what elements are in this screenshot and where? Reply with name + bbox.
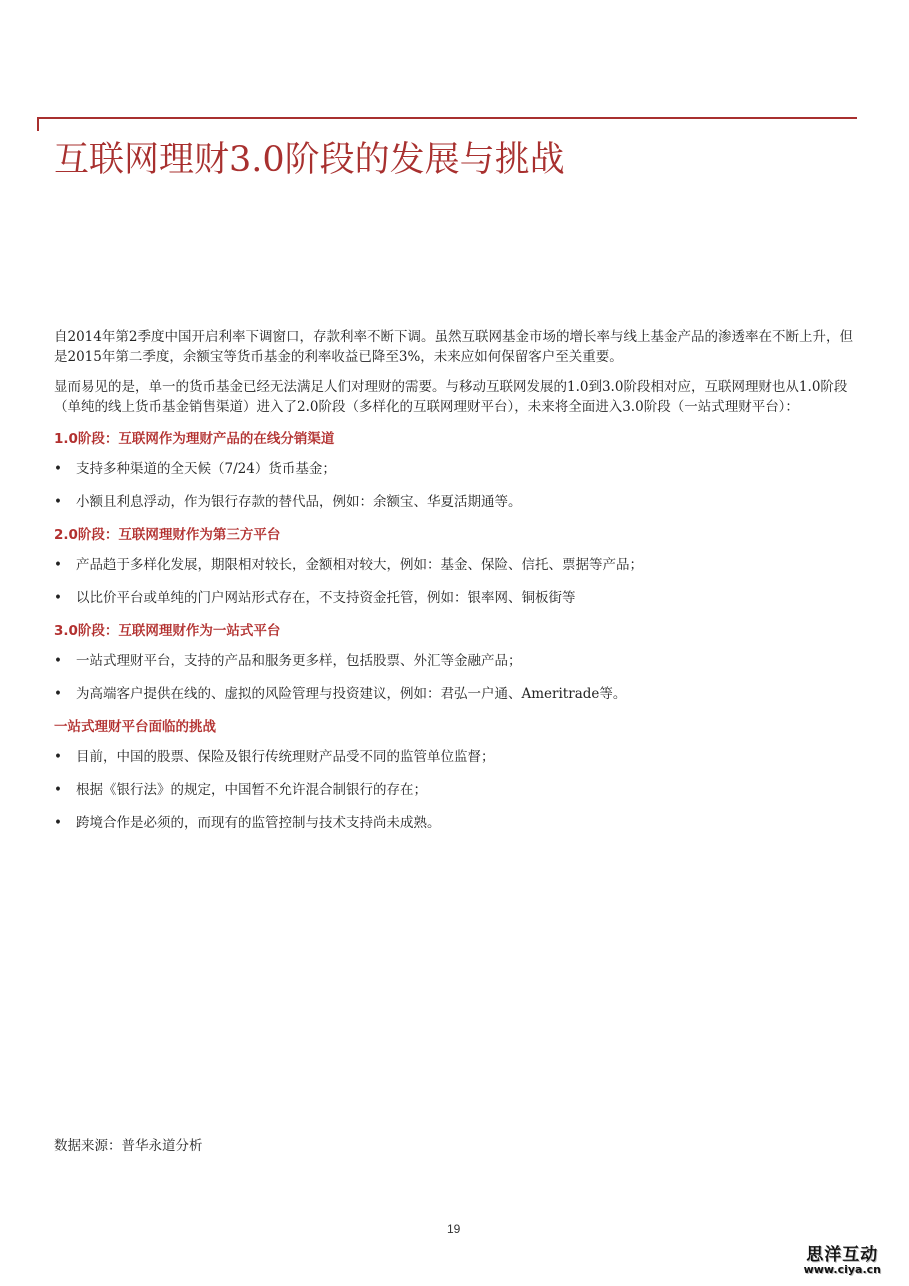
- list-item: •一站式理财平台，支持的产品和服务更多样，包括股票、外汇等金融产品；: [54, 651, 864, 671]
- section-heading: 一站式理财平台面临的挑战: [54, 717, 864, 737]
- document-body: 自2014年第2季度中国开启利率下调窗口，存款利率不断下调。虽然互联网基金市场的…: [54, 327, 864, 846]
- bullet-icon: •: [54, 813, 76, 833]
- watermark-logo: 思洋互动 www.ciya.cn: [804, 1246, 881, 1276]
- page-number: 19: [447, 1222, 460, 1236]
- header-rule-corner: [37, 117, 39, 131]
- data-source-note: 数据来源：普华永道分析: [54, 1134, 203, 1154]
- list-item: •以比价平台或单纯的门户网站形式存在，不支持资金托管，例如：银率网、铜板街等: [54, 588, 864, 608]
- bullet-icon: •: [54, 588, 76, 608]
- list-item: •小额且利息浮动，作为银行存款的替代品，例如：余额宝、华夏活期通等。: [54, 492, 864, 512]
- bullet-icon: •: [54, 492, 76, 512]
- bullet-icon: •: [54, 684, 76, 704]
- section-stage-3: 3.0阶段：互联网理财作为一站式平台 •一站式理财平台，支持的产品和服务更多样，…: [54, 621, 864, 704]
- section-heading: 3.0阶段：互联网理财作为一站式平台: [54, 621, 864, 641]
- section-stage-2: 2.0阶段：互联网理财作为第三方平台 •产品趋于多样化发展，期限相对较长，金额相…: [54, 525, 864, 608]
- intro-paragraph: 自2014年第2季度中国开启利率下调窗口，存款利率不断下调。虽然互联网基金市场的…: [54, 327, 864, 367]
- section-challenges: 一站式理财平台面临的挑战 •目前，中国的股票、保险及银行传统理财产品受不同的监管…: [54, 717, 864, 833]
- list-item: •跨境合作是必须的，而现有的监管控制与技术支持尚未成熟。: [54, 813, 864, 833]
- list-item: •产品趋于多样化发展，期限相对较长，金额相对较大，例如：基金、保险、信托、票据等…: [54, 555, 864, 575]
- bullet-icon: •: [54, 651, 76, 671]
- section-stage-1: 1.0阶段：互联网作为理财产品的在线分销渠道 •支持多种渠道的全天候（7/24）…: [54, 429, 864, 512]
- bullet-icon: •: [54, 555, 76, 575]
- list-item: •目前，中国的股票、保险及银行传统理财产品受不同的监管单位监督；: [54, 747, 864, 767]
- intro-paragraph: 显而易见的是，单一的货币基金已经无法满足人们对理财的需要。与移动互联网发展的1.…: [54, 377, 864, 417]
- section-heading: 2.0阶段：互联网理财作为第三方平台: [54, 525, 864, 545]
- header-rule: [37, 117, 857, 119]
- bullet-icon: •: [54, 780, 76, 800]
- section-heading: 1.0阶段：互联网作为理财产品的在线分销渠道: [54, 429, 864, 449]
- bullet-icon: •: [54, 747, 76, 767]
- list-item: •为高端客户提供在线的、虚拟的风险管理与投资建议，例如：君弘一户通、Amerit…: [54, 684, 864, 704]
- page-title: 互联网理财3.0阶段的发展与挑战: [54, 132, 565, 182]
- bullet-icon: •: [54, 459, 76, 479]
- watermark-name: 思洋互动: [804, 1246, 881, 1264]
- list-item: •根据《银行法》的规定，中国暂不允许混合制银行的存在；: [54, 780, 864, 800]
- watermark-url: www.ciya.cn: [804, 1264, 881, 1276]
- list-item: •支持多种渠道的全天候（7/24）货币基金；: [54, 459, 864, 479]
